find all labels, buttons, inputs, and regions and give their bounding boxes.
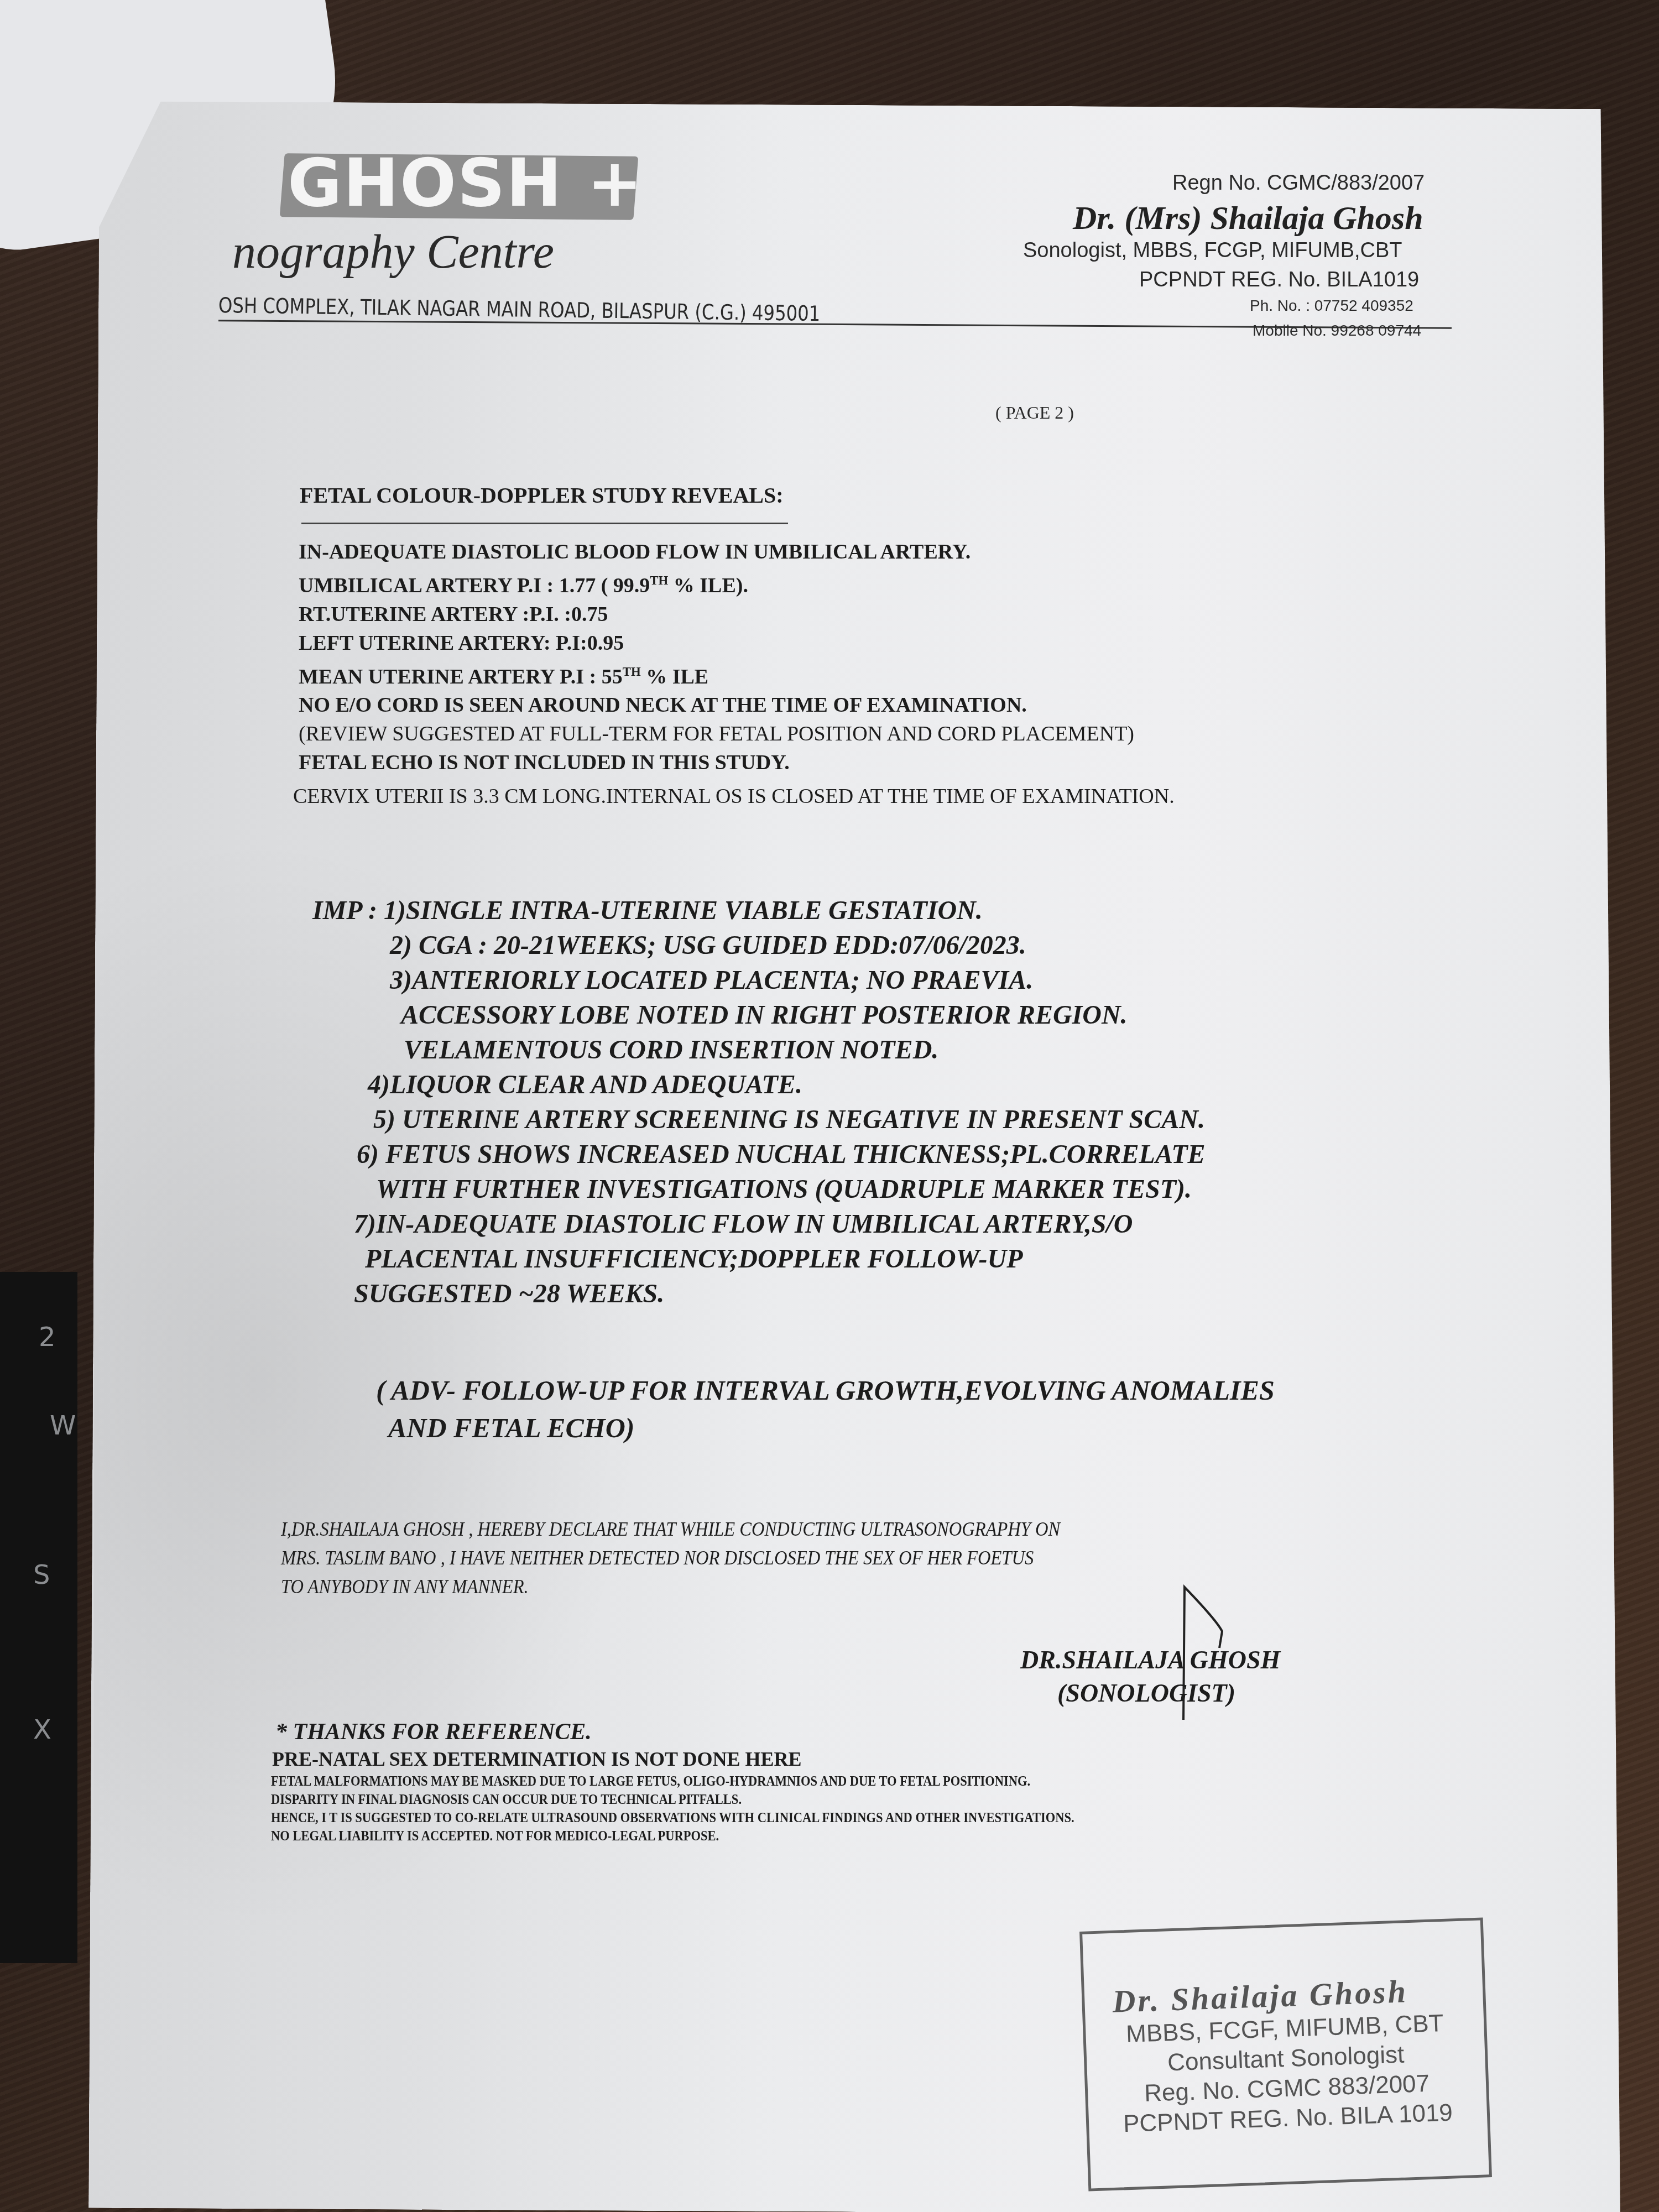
impression-line: 5) UTERINE ARTERY SCREENING IS NEGATIVE … (312, 1102, 1206, 1137)
impression-line: IMP : 1)SINGLE INTRA-UTERINE VIABLE GEST… (312, 893, 1206, 928)
impression-line: VELAMENTOUS CORD INSERTION NOTED. (312, 1032, 1206, 1067)
impression-line: 4)LIQUOR CLEAR AND ADEQUATE. (312, 1067, 1206, 1102)
prenatal-disclaimer: PRE-NATAL SEX DETERMINATION IS NOT DONE … (272, 1747, 802, 1771)
signatory-role: (SONOLOGIST) (1057, 1678, 1235, 1708)
cervix-finding: CERVIX UTERII IS 3.3 CM LONG.INTERNAL OS… (293, 784, 1175, 808)
doctor-qualifications: Sonologist, MBBS, FCGP, MIFUMB,CBT (1023, 239, 1402, 263)
section-underline (301, 523, 788, 524)
phone-number: Ph. No. : 07752 409352 (1250, 297, 1413, 315)
disclaimer-line: HENCE, I T IS SUGGESTED TO CO-RELATE ULT… (271, 1809, 1074, 1827)
doppler-line: RT.UTERINE ARTERY :P.I. :0.75 (299, 600, 1134, 629)
doppler-line: UMBILICAL ARTERY P.I : 1.77 ( 99.9TH % I… (299, 566, 1134, 600)
signatory-name: DR.SHAILAJA GHOSH (1020, 1645, 1280, 1674)
doppler-line: MEAN UTERINE ARTERY P.I : 55TH % ILE (299, 658, 1134, 691)
doctor-name: Dr. (Mrs) Shailaja Ghosh (1073, 199, 1423, 237)
keyboard-key: X (33, 1714, 51, 1745)
doppler-line: (REVIEW SUGGESTED AT FULL-TERM FOR FETAL… (299, 719, 1134, 748)
advice-note: ( ADV- FOLLOW-UP FOR INTERVAL GROWTH,EVO… (376, 1371, 1275, 1447)
advice-line: AND FETAL ECHO) (376, 1409, 1275, 1447)
disclaimer-line: DISPARITY IN FINAL DIAGNOSIS CAN OCCUR D… (271, 1791, 1074, 1809)
advice-line: ( ADV- FOLLOW-UP FOR INTERVAL GROWTH,EVO… (376, 1371, 1275, 1409)
mobile-number: Mobile No. 99268 09744 (1253, 322, 1421, 340)
disclaimer-line: FETAL MALFORMATIONS MAY BE MASKED DUE TO… (271, 1772, 1074, 1791)
thanks-note: * THANKS FOR REFERENCE. (275, 1719, 592, 1745)
keyboard-key: 2 (39, 1322, 56, 1353)
disclaimer-notes: FETAL MALFORMATIONS MAY BE MASKED DUE TO… (271, 1772, 1074, 1845)
pcpndt-registration: PCPNDT REG. No. BILA1019 (1139, 268, 1419, 292)
declaration-line: MRS. TASLIM BANO , I HAVE NEITHER DETECT… (281, 1544, 1060, 1573)
doppler-line: NO E/O CORD IS SEEN AROUND NECK AT THE T… (299, 691, 1134, 719)
impression-line: ACCESSORY LOBE NOTED IN RIGHT POSTERIOR … (312, 998, 1206, 1032)
clinic-logo: GHOSH + (288, 150, 644, 217)
registration-number: Regn No. CGMC/883/2007 (1172, 171, 1425, 195)
declaration-line: TO ANYBODY IN ANY MANNER. (281, 1573, 1060, 1601)
doctor-stamp: Dr. Shailaja Ghosh MBBS, FCGF, MIFUMB, C… (1079, 1917, 1492, 2191)
impression-line: 7)IN-ADEQUATE DIASTOLIC FLOW IN UMBILICA… (312, 1207, 1206, 1241)
keyboard-edge: 2 W S X (0, 1272, 77, 1963)
impression-line: SUGGESTED ~28 WEEKS. (312, 1276, 1206, 1311)
declaration-line: I,DR.SHAILAJA GHOSH , HEREBY DECLARE THA… (281, 1515, 1060, 1544)
impression-list: IMP : 1)SINGLE INTRA-UTERINE VIABLE GEST… (312, 893, 1206, 1311)
impression-line: 2) CGA : 20-21WEEKS; USG GUIDED EDD:07/0… (312, 928, 1206, 963)
impression-line: 3)ANTERIORLY LOCATED PLACENTA; NO PRAEVI… (312, 963, 1206, 998)
impression-line: PLACENTAL INSUFFICIENCY;DOPPLER FOLLOW-U… (312, 1241, 1206, 1276)
doppler-findings: IN-ADEQUATE DIASTOLIC BLOOD FLOW IN UMBI… (299, 538, 1134, 777)
doppler-section-title: FETAL COLOUR-DOPPLER STUDY REVEALS: (300, 482, 784, 508)
doppler-line: FETAL ECHO IS NOT INCLUDED IN THIS STUDY… (299, 748, 1134, 777)
disclaimer-line: NO LEGAL LIABILITY IS ACCEPTED. NOT FOR … (271, 1827, 1074, 1845)
doppler-line: IN-ADEQUATE DIASTOLIC BLOOD FLOW IN UMBI… (299, 538, 1134, 566)
clinic-subtitle: nography Centre (232, 224, 554, 279)
keyboard-key: S (33, 1559, 50, 1590)
keyboard-key: W (50, 1410, 76, 1441)
page-label: ( PAGE 2 ) (995, 403, 1074, 423)
declaration-text: I,DR.SHAILAJA GHOSH , HEREBY DECLARE THA… (281, 1515, 1060, 1601)
impression-line: 6) FETUS SHOWS INCREASED NUCHAL THICKNES… (312, 1137, 1206, 1172)
doppler-line: LEFT UTERINE ARTERY: P.I:0.95 (299, 629, 1134, 658)
impression-line: WITH FURTHER INVESTIGATIONS (QUADRUPLE M… (312, 1172, 1206, 1207)
